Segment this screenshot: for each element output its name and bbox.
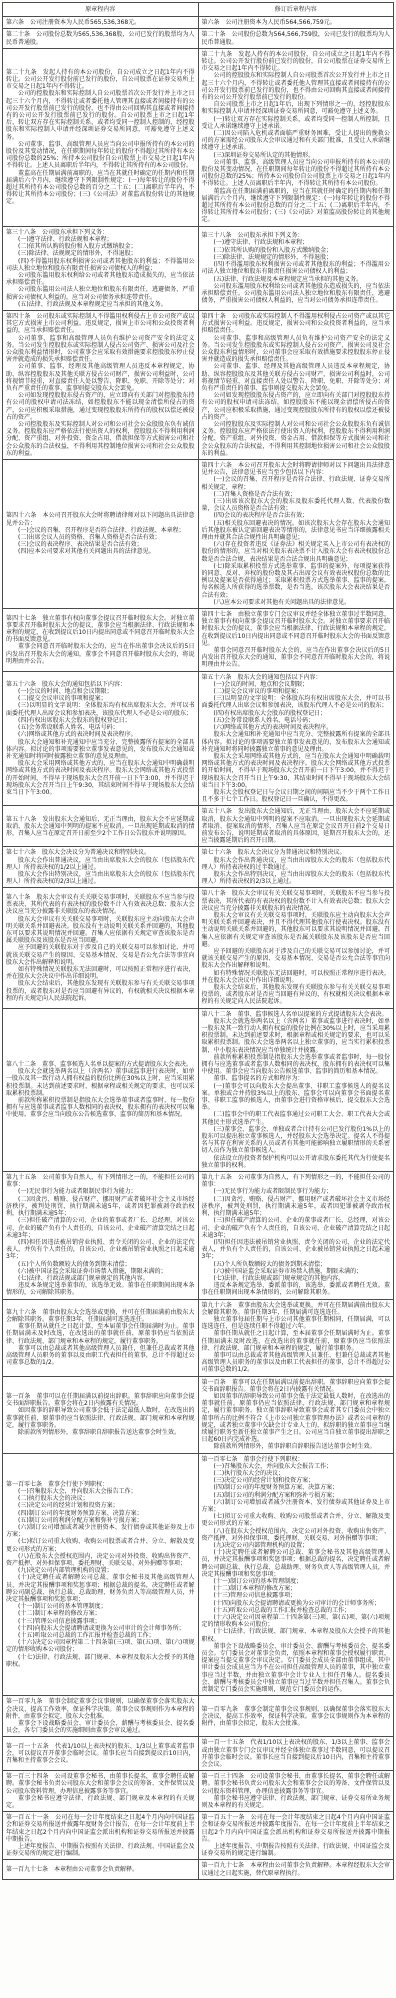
- paragraph: 第四十六条 本公司召开股东大会时将聘请律师对以下问题出具法律意见并公告：: [6, 512, 195, 526]
- original-cell: 第一百条 董事可以在任期届满以前提出辞职。董事辞职应向董事会提交书面辞职报告。董…: [3, 1376, 199, 1453]
- original-cell: 第八十二条 董事、监事候选人名单以提案的方式提请股东大会表决。股东大会就选举两名…: [3, 1008, 199, 1171]
- paragraph: (三)决定公司的经营计划和投资方案；: [6, 1502, 195, 1509]
- table-row: 第二十九条 发起人持有的本公司股份，自公司成立之日起1年内不得转让。公司公开发行…: [3, 48, 394, 226]
- paragraph: 公司董事、监事和高级管理人员负有维护公司资产安全的法定义务。当公司发生控股股东或…: [202, 335, 391, 364]
- paragraph: 第一百零九条 董事会制定董事会议事规则，以确保董事会落实股东大会决议，提高工作效…: [6, 1698, 195, 1720]
- original-cell: 第四十六条 本公司召开股东大会时将聘请律师对以下问题出具法律意见并公告：(一)会…: [3, 459, 199, 608]
- original-cell: 第四十七条 独立董事有权向董事会提议召开临时股东大会。对独立董事要求召开临时股东…: [3, 609, 199, 672]
- paragraph: 公司董事、监事、高级管理人员应当向公司申报所持有的本公司的股份及其变动情况，在任…: [6, 141, 195, 170]
- paragraph: (十)决定聘任或者解聘公司总裁、董事会秘书及其他高级管理人员，并决定其报酬事项和…: [202, 1549, 391, 1578]
- paragraph: 公司如发现控股股东侵占资产的，应立即向有关部门对控股股东持有公司的股权申请司法冻…: [202, 392, 391, 421]
- paragraph: (八)在股东大会授权范围内，决定公司对外投资、收购出售资产、资产抵押、对外担保事…: [202, 1528, 391, 1542]
- paragraph: (一)召集股东大会，并向股东大会报告工作；: [202, 1463, 391, 1470]
- table-header: 原章程内容 修订后章程内容: [3, 3, 394, 17]
- paragraph: 公司股东滥用公司法人独立地位和股东有限责任，逃避债务，严重损害公司债权人利益的，…: [6, 286, 195, 300]
- table-row: 第一百零七条 董事会行使下列职权：(一)召集股东大会，并向股东大会报告工作；(二…: [3, 1453, 394, 1696]
- paragraph: 前款所称累积投票制是指股东大会选举董事或者监事时，每一股份拥有与应选董事或者监事…: [6, 1097, 195, 1119]
- original-cell: 第四十条 公司股东或实际控制人不得滥用权利侵占上市公司资产或以其它方式损害上市公…: [3, 310, 199, 459]
- paragraph: (一)遵守法律、行政法规和本章程；: [6, 236, 195, 243]
- paragraph: 如因董事的辞职导致公司董事会低于法定最低人数时，在改选出的董事就任前，原董事仍应…: [202, 1393, 391, 1443]
- paragraph: (三)以明显的文字说明：全体股东均有权出席股东大会，并可以书面委托代理人出席会议…: [6, 702, 195, 716]
- paragraph: 第四十七条 由独立董事专门会议审议并经全体独立董事过半数同意，独立董事有权向董事…: [202, 611, 391, 647]
- paragraph: 董事任期从就任之日起计算，至本届董事会任期届满时为止。董事任期届满未及时改选，在…: [6, 1323, 195, 1345]
- table-row: 第三十八条 公司股东承担下列义务：(一)遵守法律、行政法规和本章程；(二)依其所…: [3, 226, 394, 310]
- paragraph: (四)应本公司要求对其他有关问题出具的法律意见。: [6, 548, 195, 555]
- paragraph: 公司控股股东及实际控制人对公司和公司社会公众股股东负有诚信义务。控股股东应严格依…: [6, 421, 195, 457]
- table-row: 第九十六条 董事由股东大会选举或更换，并可在任期届满前由股东大会解除其职务。董事…: [3, 1299, 394, 1376]
- paragraph: 第五十六条 股东大会的通知包括以下内容：: [6, 681, 195, 688]
- table-row: 第五十八条 发出股东大会通知后，无正当理由，股东大会不应延期或取消，股东大会通知…: [3, 806, 394, 847]
- revised-cell: 第九十五条 公司董事为自然人，有下列情形之一的，不能担任公司的董事：(一)无民事…: [198, 1172, 394, 1299]
- paragraph: 公司股东滥用股东权利给公司或者其他股东造成损失的，应当依法承担赔偿责任。: [6, 272, 195, 286]
- revised-cell: 第四十七条 由独立董事专门会议审议并经全体独立董事过半数同意，独立董事有权向董事…: [198, 609, 394, 672]
- paragraph: (四)有权出席股东大会股东的股权登记日；: [6, 717, 195, 724]
- paragraph: (三)担任破产清算的公司、企业的董事或者厂长、总经理，对该公司、企业的破产负有个…: [202, 1217, 391, 1239]
- paragraph: (六)网络或其他方式的表决时间及表决程序。: [6, 731, 195, 738]
- revised-cell: 第四十六条 本公司召开股东大会时将聘请律师对以下问题出具法律意见并公告，法律意见…: [198, 459, 394, 608]
- paragraph: 第一百九十七条 本章程由公司董事会负责解释。: [6, 1866, 195, 1873]
- table-row: 第二十条 公司股份总数为565,536,368股，公司已发行的股票均为人民币普通…: [3, 29, 394, 48]
- paragraph: 第四十条 公司股东或实际控制人不得滥用权利侵占公司资产或以其它方式损害公司利益。…: [202, 313, 391, 335]
- original-cell: 第二十九条 发起人持有的本公司股份，自公司成立之日起1年内不得转让。公司公开发行…: [3, 48, 199, 226]
- paragraph: 股东大会作出普通决议，应当由出席股东大会的股东（包括股东代理人）所持表决权的1/…: [6, 857, 195, 871]
- paragraph: (五)法律、行政法规及本章程规定应当承担的其他义务。: [202, 276, 391, 283]
- paragraph: (十五)听取公司总裁的工作汇报并检查总裁的工作；: [202, 1607, 391, 1614]
- table-body: 第六条 公司注册资本为人民币565,536,368元。第六条 公司注册资本为人民…: [3, 17, 394, 1880]
- paragraph: 股东大会股权登记日与会议日期之间的间隔应当不少于两个工作日且不多于七个工作日。股…: [202, 789, 391, 803]
- paragraph: 第一百条 董事可以在任期届满以前提出辞职。董事辞职应向董事会提交书面辞职报告。董…: [202, 1379, 391, 1393]
- paragraph: (三)以明显的文字说明：全体股东均有权出席股东大会，并可以书面委托代理人出席会议…: [202, 695, 391, 709]
- paragraph: 第一百零七条 董事会行使下列职权：: [6, 1481, 195, 1488]
- paragraph: 董事会秘书应遵守法律、行政法规、部门规章及本章程的有关规定。: [6, 1795, 195, 1809]
- paragraph: (三)出席该次股东大会的股东及股东委托代理人数、代表股份数量，会议人员资格是否合…: [202, 498, 391, 512]
- table-row: 第一百一十五条 代表1/10以上表决权的股东、1/3以上董事或者监事会，可以提议…: [3, 1737, 394, 1771]
- paragraph: 第九十五条 公司董事为自然人，有下列情形之一的，不能担任公司的董事：: [6, 1174, 195, 1188]
- paragraph: 违反本条规定选举、委派董事的，该选举、委派或者聘任无效。董事在任职期间出现本条情…: [202, 1282, 391, 1296]
- paragraph: 股东大会审议有关关联交易事项时，关联股东应主动向股东大会声明关联关系并回避表决。…: [6, 916, 195, 945]
- revised-cell: 第九十六条 董事由股东大会选举或更换，并可在任期届满前由股东大会解除其职务。董事…: [198, 1299, 394, 1376]
- paragraph: (十四)向股东大会提请聘请或更换为公司审计的会计师事务所；: [202, 1600, 391, 1607]
- paragraph: 第二十九条 发起人持有的本公司股份，自公司成立之日起1年内不得转让。公司公开发行…: [202, 51, 391, 73]
- paragraph: (三)深圳证券交易所认定的其他情形。: [202, 152, 391, 159]
- paragraph: 股东大会就选举两名以上（含两名）董事或监事进行表决时，如单一股东及其一致行动人拥…: [202, 1018, 391, 1054]
- paragraph: 公司的控股股东和实际控制人自公司股票首次公开发行并上市之日起三十六个月内，不得转…: [202, 72, 391, 101]
- paragraph: 第九十六条 董事由股东大会选举或更换，并可在任期届满前由股东大会解除其职务。董事…: [6, 1309, 195, 1323]
- paragraph: 第五十八条 发出股东大会通知后，无正当理由，股东大会不应延期或取消，股东大会通知…: [202, 808, 391, 844]
- paragraph: 第一百五十一条 公司在每一会计年度结束之日起4个月内向中国证监会和证券交易所报送…: [6, 1814, 195, 1843]
- paragraph: (十二)制订本章程的修改方案；: [6, 1610, 195, 1617]
- paragraph: 自公司股票上市之日起1年后，出现下列情形之一的，经控股股东和实际控制人申请并经深…: [202, 101, 391, 115]
- paragraph: 公司董事、监事和高级管理人员负有维护公司资产安全的法定义务。当公司发生控股股东或…: [6, 335, 195, 364]
- table-row: 第五十六条 股东大会的通知包括以下内容：(一)会议的时间、地点和会议期限；(二)…: [3, 671, 394, 806]
- paragraph: 第六条 公司注册资本为人民币564,566,759元。: [202, 19, 391, 26]
- paragraph: 第二十九条 发起人持有的本公司股份，自公司成立之日起1年内不得转让。公司公开发行…: [6, 69, 195, 91]
- revised-cell: 第一百条 董事可以在任期届满以前提出辞职。董事辞职应向董事会提交书面辞职报告。董…: [198, 1376, 394, 1453]
- paragraph: (三)除法律、法规规定的情形外，不得退股；: [202, 254, 391, 261]
- paragraph: 第一百三十四条 公司设董事会秘书，由董事长提名，董事会聘任或解聘。董事会秘书负责…: [202, 1773, 391, 1795]
- revised-cell: 第二十九条 发起人持有的本公司股份，自公司成立之日起1年内不得转让。公司公开发行…: [198, 48, 394, 226]
- paragraph: (五)制订公司的利润分配方案和弥补亏损方案；: [6, 1517, 195, 1524]
- table-row: 第六条 公司注册资本为人民币565,536,368元。第六条 公司注册资本为人民…: [3, 17, 394, 29]
- original-cell: 第五十八条 发出股东大会通知后，无正当理由，股东大会不应延期或取消，股东大会通知…: [3, 806, 199, 847]
- paragraph: (四)担任因违法被吊销营业执照、责令关闭的公司、企业的法定代表人，并负有个人责任…: [6, 1239, 195, 1261]
- paragraph: 董事会秘书应遵守法律、行政法规、部门规章、证券交易所业务规则及本章程的有关规定。: [202, 1795, 391, 1809]
- paragraph: (十四)向股东大会提请聘请或更换为公司审计的会计师事务所；: [6, 1625, 195, 1632]
- original-cell: 第一百九十七条 本章程由公司董事会负责解释。: [3, 1860, 199, 1879]
- paragraph: (五)相关股东回避表决的情况。如该次股东大会存在股东大会通知后其他股东被认定需回…: [202, 520, 391, 542]
- paragraph: 股东大会采用网络或其他方式的，应当在股东大会通知中明确载明网络或其他方式的表决时…: [202, 753, 391, 789]
- paragraph: 董事会同意召开临时股东大会的，应当在作出董事会决议后的5日内发出召开股东大会的通…: [202, 647, 391, 669]
- paragraph: 前款所称累积投票制是指股东大会选举董事或者监事时，每一股份拥有与应选董事或者监事…: [202, 1054, 391, 1076]
- paragraph: 股东大会作出普通决议，应当由出席股东大会的股东（包括股东代理人）所持表决权的过半…: [202, 857, 391, 871]
- paragraph: 公司股东滥用股东权利给公司或者其他股东造成损失的，应当依法承担赔偿责任。公司股东…: [202, 283, 391, 305]
- paragraph: 股东大会作出特别决议，应当由出席股东大会的股东（包括股东代理人）所持表决权的2/…: [202, 871, 391, 885]
- original-cell: 第五十六条 股东大会的通知包括以下内容：(一)会议的时间、地点和会议期限；(二)…: [3, 671, 199, 806]
- paragraph: 公司董事、监事、高级管理人员应当向公司申报所持有的本公司的股份及其变动情况，在任…: [202, 159, 391, 188]
- header-original-column: 原章程内容: [3, 3, 199, 17]
- original-cell: 第二十条 公司股份总数为565,536,368股，公司已发行的股票均为人民币普通…: [3, 29, 199, 48]
- revised-cell: 第五十六条 股东大会的通知包括以下内容：(一)会议的时间、地点和会议期限；(二)…: [198, 671, 394, 806]
- paragraph: (五)会务常设联系人姓名、电话号码；: [202, 717, 391, 724]
- table-row: 第四十条 公司股东或实际控制人不得滥用权利侵占上市公司资产或以其它方式损害上市公…: [3, 310, 394, 459]
- original-cell: 第九十五条 公司董事为自然人，有下列情形之一的，不能担任公司的董事：(一)无民事…: [3, 1172, 199, 1299]
- table-row: 第一百条 董事可以在任期届满以前提出辞职。董事辞职应向董事会提交书面辞职报告。董…: [3, 1376, 394, 1453]
- paragraph: (二)召集人资格是否合法有效；: [202, 491, 391, 498]
- revised-cell: 第一百三十四条 公司设董事会秘书，由董事长提名，董事会聘任或解聘。董事会秘书负责…: [198, 1771, 394, 1812]
- paragraph: 第一百五十一条 公司在每一会计年度结束之日起4个月内向中国证监会和证券交易所报送…: [202, 1814, 391, 1843]
- paragraph: (一)会议的召集、召开程序是否符合法律、行政法规、证券交易所相关规定、章程；: [202, 476, 391, 490]
- table-row: 第九十五条 公司董事为自然人，有下列情形之一的，不能担任公司的董事：(一)无民事…: [3, 1172, 394, 1299]
- paragraph: 第四十条 公司股东或实际控制人不得滥用权利侵占上市公司资产或以其它方式损害上市公…: [6, 313, 195, 335]
- header-row: 原章程内容 修订后章程内容: [3, 3, 394, 17]
- paragraph: 股东大会就选举两名以上（含两名）董事或监事进行表决时，如单一股东及其一致行动人拥…: [6, 1068, 195, 1097]
- paragraph: (七)拟订公司重大收购、收购公司股票或者合并、分立、解散及变更公司形式的方案；: [6, 1538, 195, 1552]
- table-row: 第四十六条 本公司召开股东大会时将聘请律师对以下问题出具法律意见并公告：(一)会…: [3, 459, 394, 608]
- original-cell: 第三十八条 公司股东承担下列义务：(一)遵守法律、行政法规和本章程；(二)依其所…: [3, 226, 199, 310]
- table-row: 第八十条 股东大会审议有关关联交易事项时，关联股东不应当参与投票表决，其所代表的…: [3, 888, 394, 1008]
- paragraph: 公司如发现控股股东侵占资产的，应立即向有关部门对控股股东持有公司的股权申请司法冻…: [6, 392, 195, 421]
- paragraph: 第七十六条 股东大会决议分为普通决议和特别决议。: [202, 849, 391, 856]
- paragraph: 第五十六条 股东大会的通知包括以下内容：: [202, 674, 391, 681]
- paragraph: (四)不得滥用股东权利损害公司或者其他股东的利益；不得滥用公司法人独立地位和股东…: [202, 261, 391, 275]
- paragraph: 股东大会通知和补充通知中应当充分、完整披露所有提案的全部具体内容。拟讨论的事项需…: [6, 739, 195, 761]
- paragraph: 上述年度报告、中期报告按照有关法律、行政法规、中国证监会及证券交易所的规定进行编…: [6, 1843, 195, 1857]
- paragraph: 第一百一十五条 代表1/10以上表决权的股东、1/3以上董事或者监事会，可以提议…: [6, 1743, 195, 1765]
- paragraph: 第三十八条 公司股东承担下列义务：: [6, 229, 195, 236]
- paragraph: 应予回避的关联股东对于涉及自己的关联交易可以参加讨论，并可就该关联交易产生的原因…: [6, 944, 195, 966]
- paragraph: 如有特殊情况关联股东无法回避时，可以按照正常程序进行表决，并在股东大会决议中作出…: [202, 970, 391, 984]
- table-row: 第一百五十一条 公司在每一会计年度结束之日起4个月内向中国证监会和证券交易所报送…: [3, 1812, 394, 1860]
- paragraph: (四)制订公司的年度财务预算方案、决算方案；: [202, 1484, 391, 1491]
- paragraph: 第一百一十五条 代表1/10以上表决权的股东、1/3以上董事、监事会或由独立董事…: [202, 1739, 391, 1768]
- paragraph: 董事任期从就任之日起计算，至本届董事会任期届满时为止。董事任期届满未及时改选，在…: [202, 1330, 391, 1352]
- paragraph: 董监高在任期届满前离职的，应当在其就任时确定的任期内和任期届满后六个月内，继续遵…: [6, 170, 195, 206]
- paragraph: (四)担任因违法被吊销营业执照、责令关闭的公司、企业的法定代表人，并负有个人责任…: [202, 1239, 391, 1261]
- paragraph: (八)在股东大会授权范围内，决定公司对外投资、收购出售资产、资产抵押、对外担保事…: [6, 1553, 195, 1567]
- table-row: 第八十二条 董事、监事候选人名单以提案的方式提请股东大会表决。股东大会就选举两名…: [3, 1008, 394, 1171]
- paragraph: 第一百零九条 董事会制定董事会议事规则，以确保董事会落实股东大会决议，提高工作效…: [202, 1706, 391, 1728]
- paragraph: 如因董事的辞职导致公司董事会低于法定最低人数时，在改选出的董事就任前，原董事仍应…: [6, 1407, 195, 1429]
- original-cell: 第一百零七条 董事会行使下列职权：(一)召集股东大会，并向股东大会报告工作；(二…: [3, 1453, 199, 1696]
- paragraph: (一)转让双方存在实际控制关系，或者均受同一控制人所控制，且受让人承诺继续遵守上…: [202, 116, 391, 130]
- paragraph: (一)会议的时间、地点和会议期限；: [202, 681, 391, 688]
- paragraph: 股东大会采用网络或其他方式的，应当在股东大会通知中明确载明网络或其他方式的表决时…: [6, 760, 195, 796]
- table-row: 第四十七条 独立董事有权向董事会提议召开临时股东大会。对独立董事要求召开临时股东…: [3, 609, 394, 672]
- revised-cell: 第一百九十七条 本章程由公司董事会负责解释。本章程经股东大会审议通过之日起实施，…: [198, 1860, 394, 1879]
- paragraph: (十七)法律、行政法规、部门规章、本章程及股东大会授予的其他职权。: [6, 1654, 195, 1668]
- revised-cell: 第一百五十一条 公司在每一会计年度结束之日起4个月内向中国证监会和证券交易所报送…: [198, 1812, 394, 1860]
- paragraph: (一)会议的召集、召开程序是否符合法律、行政法规、本章程；: [6, 527, 195, 534]
- paragraph: (五)个人所负数额较大的债务到期未清偿；: [6, 1261, 195, 1268]
- paragraph: (一)遵守法律、行政法规和本章程；: [202, 239, 391, 246]
- paragraph: 违反本条规定选举董事的，该选举无效。董事在任职期间出现本条情形的，公司解除其职务…: [6, 1282, 195, 1296]
- paragraph: 董事会下设战略委员会、审计委员会、薪酬与考核委员会、提名委员会。专门委员会对董事…: [202, 1643, 391, 1693]
- paragraph: 第九十五条 公司董事为自然人，有下列情形之一的，不能担任公司的董事：: [202, 1174, 391, 1188]
- paragraph: (六)被中国证监会采取证券市场禁入措施，期限未满的；: [6, 1268, 195, 1275]
- paragraph: (三)董事会、监事会、单独或者合计持有公司已发行股份1%以上的股东可以提出独立董…: [202, 1126, 391, 1155]
- paragraph: (十六)决定公司因章程第二十四条第(三)项、第(五)项、第(六)项规定的情形收购…: [202, 1614, 391, 1628]
- table-row: 第一百零九条 董事会制定董事会议事规则，以确保董事会落实股东大会决议，提高工作效…: [3, 1696, 394, 1737]
- original-cell: 第一百五十一条 公司在每一会计年度结束之日起4个月内向中国证监会和证券交易所报送…: [3, 1812, 199, 1860]
- revised-cell: 第五十八条 发出股东大会通知后，无正当理由，股东大会不应延期或取消，股东大会通知…: [198, 806, 394, 847]
- paragraph: (二)监事会中的职工代表监事通过公司职工大会、职工代表大会或其他民主形式选举产生…: [202, 1111, 391, 1125]
- paragraph: 股东大会结束后，其他股东发现有关联股东参与有关关联交易事项投票的，或者股东对是否…: [6, 980, 195, 1002]
- revised-cell: 第七十六条 股东大会决议分为普通决议和特别决议。股东大会作出普通决议，应当由出席…: [198, 847, 394, 888]
- paragraph: 如有特殊情况关联股东无法回避时，可以按照正常程序进行表决，并在股东大会决议中作出…: [6, 966, 195, 980]
- table-row: 第七十六条 股东大会决议分为普通决议和特别决议。股东大会作出普通决议，应当由出席…: [3, 847, 394, 888]
- paragraph: 应予回避的关联股东对于涉及自己的关联交易可以参加讨论，并可就该关联交易产生的原因…: [202, 948, 391, 970]
- paragraph: 公司董事、监事、经理及其他高级管理人员违反本章程规定，协助、纵容控股股东及其他关…: [6, 363, 195, 392]
- paragraph: 股东大会通知和补充通知中应当充分、完整披露所有提案的全部具体内容。拟讨论的事项需…: [202, 731, 391, 753]
- paragraph: (六)被中国证监会采取证券市场禁入措施，期限未满的；: [202, 1268, 391, 1275]
- paragraph: 除前款所列情形外，董事辞职自辞职报告送达董事会时生效。: [6, 1429, 195, 1436]
- revised-cell: 第一百零七条 董事会行使下列职权：(一)召集股东大会，并向股东大会报告工作；(二…: [198, 1453, 394, 1696]
- header-revised-column: 修订后章程内容: [198, 3, 394, 17]
- original-cell: 第八十条 股东大会审议有关关联交易事项时，关联股东不应当参与投票表决，其所代表的…: [3, 888, 199, 1008]
- revised-cell: 第三十八条 公司股东承担下列义务：(一)遵守法律、行政法规和本章程；(二)依其所…: [198, 226, 394, 310]
- paragraph: (四)不得滥用股东权利损害公司或者其他股东的利益；不得滥用公司法人独立地位和股东…: [6, 258, 195, 272]
- paragraph: 公司的控股股东和实际控制人自公司股票首次公开发行并上市之日起三十六个月内，不得转…: [6, 90, 195, 140]
- paragraph: (十七)法律、行政法规、部门规章、本章程及股东大会授予的其他职权。: [202, 1628, 391, 1642]
- paragraph: (五)法律、行政法规及本章程规定应当承担的其他义务。: [6, 301, 195, 308]
- paragraph: (七)除采取累积投票方式选举董事、监事的提案外，每项提案获得的同意、反对、弃权的…: [202, 563, 391, 599]
- paragraph: (五)个人所负数额较大的债务到期未清偿；: [202, 1261, 391, 1268]
- original-cell: 第六条 公司注册资本为人民币565,536,368元。: [3, 17, 199, 29]
- table-row: 第一百九十七条 本章程由公司董事会负责解释。第一百九十七条 本章程由公司董事会负…: [3, 1860, 394, 1879]
- paragraph: (四)会议的表决程序是否合法有效；: [202, 512, 391, 519]
- paragraph: 董事会同意召开临时股东大会的，应当在作出董事会决议后的5日内发出召开股东大会的通…: [6, 643, 195, 665]
- paragraph: (十六)决定公司因章程第二十四条第(三)项、第(五)项、第(六)项规定的情形收购…: [6, 1639, 195, 1653]
- paragraph: (二)依其所认购的股份和入股方式缴纳股金；: [202, 247, 391, 254]
- paragraph: 第八十条 股东大会审议有关关联交易事项时，关联股东不应当参与投票表决，其所代表的…: [202, 890, 391, 912]
- paragraph: 第八十条 股东大会审议有关关联交易事项时，关联股东不应当参与投票表决，其所代表的…: [6, 894, 195, 916]
- paragraph: (六)制订公司增加或者减少注册资本、发行债券或其他证券及上市方案；: [6, 1524, 195, 1538]
- revised-cell: 第八十条 股东大会审议有关关联交易事项时，关联股东不应当参与投票表决，其所代表的…: [198, 888, 394, 1008]
- paragraph: 公司控股股东及实际控制人对公司和公司社会公众股股东负有诚信义务。控股股东应严格依…: [202, 421, 391, 457]
- paragraph: (三)担任破产清算的公司、企业的董事或者厂长、总经理，对该公司、企业的破产负有个…: [6, 1217, 195, 1239]
- paragraph: (五)制订公司的利润分配方案和弥补亏损方案；: [202, 1492, 391, 1499]
- paragraph: 股东大会结束后，其他股东发现有关联股东参与有关关联交易事项投票的，或者股东对是否…: [202, 984, 391, 1006]
- revised-cell: 第二十条 公司股份总数为564,566,759股，公司已发行的股票均为人民币普通…: [198, 29, 394, 48]
- paragraph: (四)制订公司的年度财务预算方案、决算方案；: [6, 1510, 195, 1517]
- paragraph: 第七十六条 股东大会决议分为普通决议和特别决议。: [6, 849, 195, 856]
- original-cell: 第一百三十四条 公司设董事会秘书，由董事长提名，董事会聘任或解聘。董事会秘书负责…: [3, 1771, 199, 1812]
- paragraph: 第二十条 公司股份总数为565,536,368股，公司已发行的股票均为人民币普通…: [6, 31, 195, 45]
- paragraph: 第五十八条 发出股东大会通知后，无正当理由，股东大会不应延期或取消，股东大会通知…: [6, 816, 195, 838]
- original-cell: 第七十六条 股东大会决议分为普通决议和特别决议。股东大会作出普通决议，应当由出席…: [3, 847, 199, 888]
- paragraph: (七)拟订公司重大收购、收购公司股票或者合并、分立、解散及变更公司形式的方案；: [202, 1513, 391, 1527]
- paragraph: 第二十条 公司股份总数为564,566,759股，公司已发行的股票均为人民币普通…: [202, 31, 391, 45]
- paragraph: (三)除法律、法规规定的情形外，不得退股；: [6, 250, 195, 257]
- paragraph: 董事会下设战略委员会、审计委员会、薪酬与考核委员会、提名委员会，各专门委员会的实…: [6, 1720, 195, 1734]
- paragraph: (十三)管理公司信息披露事项；: [202, 1592, 391, 1599]
- table-row: 第一百三十四条 公司设董事会秘书，由董事长提名，董事会聘任或解聘。董事会秘书负责…: [3, 1771, 394, 1812]
- paragraph: 依法设立的投资者保护机构可以公开请求股东委托其代为行使提名独立董事的权利。: [202, 1155, 391, 1169]
- paragraph: (一)无民事行为能力或者限制民事行为能力；: [6, 1188, 195, 1195]
- paragraph: 上述年度报告、中期报告按照有关法律、行政法规、中国证监会及证券交易所的规定进行编…: [202, 1843, 391, 1857]
- revised-cell: 第四十条 公司股东或实际控制人不得滥用权利侵占公司资产或以其它方式损害公司利益。…: [198, 310, 394, 459]
- paragraph: (二)因贪污、贿赂、侵占财产、挪用财产或者破坏社会主义市场经济秩序，被判处刑罚，…: [202, 1196, 391, 1218]
- paragraph: 董事可以由总裁或者其他高级管理人员兼任，但兼任总裁或者其他高级管理人员职务的董事…: [202, 1352, 391, 1374]
- paragraph: (八)应本公司要求对其他有关问题出具的法律意见。: [202, 599, 391, 606]
- paragraph: 独立董事每届任期与上市公司其他董事任期相同，任期届满，可以连选连任，但是连续任职…: [202, 1316, 391, 1330]
- paragraph: 第八十二条 董事、监事候选人名单以提案的方式提请股东大会表决。: [202, 1011, 391, 1018]
- paragraph: 董事可以由总裁或者其他高级管理人员兼任，但兼任总裁或者其他高级管理人员职务的董事…: [6, 1345, 195, 1367]
- paragraph: 第六条 公司注册资本为人民币565,536,368元。: [6, 19, 195, 26]
- original-cell: 第一百一十五条 代表1/10以上表决权的股东、1/3以上董事或者监事会，可以提议…: [3, 1737, 199, 1771]
- paragraph: (十三)管理公司信息披露事项；: [6, 1618, 195, 1625]
- paragraph: (六)存在投资者违反《证券法》相关规定买入上市公司有表决权的股份的情形的，应当对…: [202, 541, 391, 563]
- paragraph: 第四十七条 独立董事有权向董事会提议召开临时股东大会。对独立董事要求召开临时股东…: [6, 615, 195, 644]
- revised-cell: 第六条 公司注册资本为人民币564,566,759元。: [198, 17, 394, 29]
- paragraph: (十)决定聘任或者解聘公司总裁、董事会秘书及其他高级管理人员，并决定其报酬事项和…: [6, 1574, 195, 1603]
- paragraph: (六)制订公司增加或者减少注册资本、发行债券或其他证券及上市方案；: [202, 1499, 391, 1513]
- paragraph: 董事、监事提名的方式和程序为：: [202, 1075, 391, 1082]
- paragraph: (一)无民事行为能力或者限制民事行为能力；: [202, 1188, 391, 1195]
- original-cell: 第九十六条 董事由股东大会选举或更换，并可在任期届满前由股东大会解除其职务。董事…: [3, 1299, 199, 1376]
- paragraph: 第一百九十七条 本章程由公司董事会负责解释。本章程经股东大会审议通过之日起实施，…: [202, 1862, 391, 1876]
- paragraph: 公司董事、监事、经理及其他高级管理人员违反本章程规定，协助、纵容控股股东及其他关…: [202, 363, 391, 392]
- paragraph: 除前款所列情形外，董事辞职自辞职报告送达董事会时生效。: [202, 1443, 391, 1450]
- paragraph: 第九十六条 董事由股东大会选举或更换，并可在任期届满前由股东大会解除其职务。董事…: [202, 1302, 391, 1316]
- paragraph: 第一百零七条 董事会行使下列职权：: [202, 1456, 391, 1463]
- paragraph: (二)因公司陷入危机或者面临严重财务困难，受让人提出的挽救公司的方案需经公司股东…: [202, 130, 391, 152]
- paragraph: 第四十六条 本公司召开股东大会时将聘请律师对以下问题出具法律意见并公告，法律意见…: [202, 462, 391, 476]
- paragraph: (一)董事会可以向股东大会提出董事、非职工监事候选人的提名议案。单独或合并持股3…: [202, 1083, 391, 1112]
- paragraph: (二)因贪污、贿赂、侵占财产、挪用财产或者破坏社会主义市场经济秩序，被判处刑罚，…: [6, 1196, 195, 1218]
- comparison-table: 原章程内容 修订后章程内容 第六条 公司注册资本为人民币565,536,368元…: [2, 2, 394, 1880]
- revised-cell: 第八十二条 董事、监事候选人名单以提案的方式提请股东大会表决。股东大会就选举两名…: [198, 1008, 394, 1171]
- revised-cell: 第一百一十五条 代表1/10以上表决权的股东、1/3以上董事、监事会或由独立董事…: [198, 1737, 394, 1771]
- revised-cell: 第一百零九条 董事会制定董事会议事规则，以确保董事会落实股东大会决议，提高工作效…: [198, 1696, 394, 1737]
- paragraph: 第一百三十四条 公司设董事会秘书，由董事长提名，董事会聘任或解聘。董事会秘书负责…: [6, 1773, 195, 1795]
- paragraph: 股东大会作出特别决议，应当由出席股东大会的股东（包括股东代理人）所持表决权的2/…: [6, 871, 195, 885]
- original-cell: 第一百零九条 董事会制定董事会议事规则，以确保董事会落实股东大会决议，提高工作效…: [3, 1696, 199, 1737]
- paragraph: 董监高在任期届满前离职的，应当在其就任时确定的任期内和任期届满后六个月内，继续遵…: [202, 188, 391, 224]
- paragraph: 股东大会审议有关关联交易事项时，关联股东应主动向股东大会声明关联关系并回避表决，…: [202, 912, 391, 948]
- paragraph: 第一百条 董事可以在任期届满以前提出辞职。董事辞职应向董事会提交书面辞职报告。董…: [6, 1393, 195, 1407]
- paragraph: (四)有权出席股东大会股东的股权登记日；: [202, 710, 391, 717]
